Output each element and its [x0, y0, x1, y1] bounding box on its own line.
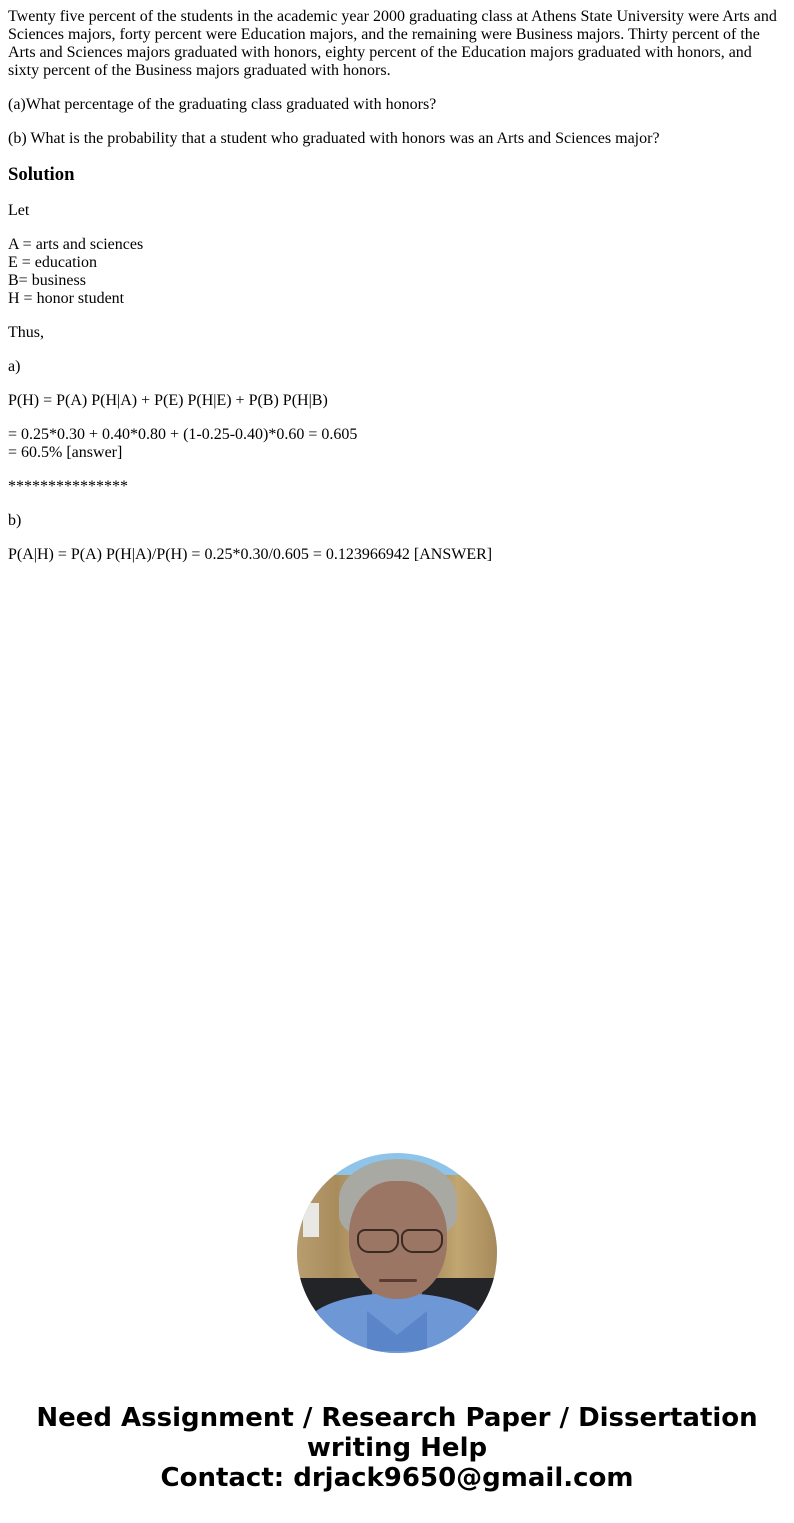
thus-text: Thus, — [8, 324, 786, 342]
let-text: Let — [8, 202, 786, 220]
document-content: Twenty five percent of the students in t… — [8, 8, 786, 580]
part-a-label: a) — [8, 358, 786, 376]
part-a-calc-line: = 0.25*0.30 + 0.40*0.80 + (1-0.25-0.40)*… — [8, 426, 786, 444]
definition-b: B= business — [8, 272, 786, 290]
wall-switch — [303, 1203, 319, 1237]
glasses-right-lens — [401, 1229, 443, 1253]
glasses-left-lens — [357, 1229, 399, 1253]
mouth — [379, 1279, 417, 1282]
part-a-formula: P(H) = P(A) P(H|A) + P(E) P(H|E) + P(B) … — [8, 392, 786, 410]
part-b-label: b) — [8, 512, 786, 530]
promo-line-1: Need Assignment / Research Paper / Disse… — [0, 1403, 794, 1433]
part-a-calculation: = 0.25*0.30 + 0.40*0.80 + (1-0.25-0.40)*… — [8, 426, 786, 462]
question-paragraph: Twenty five percent of the students in t… — [8, 8, 786, 80]
promo-line-2: writing Help — [0, 1433, 794, 1463]
part-b-formula: P(A|H) = P(A) P(H|A)/P(H) = 0.25*0.30/0.… — [8, 546, 786, 564]
separator: *************** — [8, 478, 786, 496]
definition-a: A = arts and sciences — [8, 236, 786, 254]
definition-e: E = education — [8, 254, 786, 272]
tutor-portrait-photo — [297, 1153, 497, 1353]
promo-banner: Need Assignment / Research Paper / Disse… — [0, 1403, 794, 1493]
question-part-a: (a)What percentage of the graduating cla… — [8, 96, 786, 114]
definition-h: H = honor student — [8, 290, 786, 308]
question-part-b: (b) What is the probability that a stude… — [8, 130, 786, 148]
solution-heading: Solution — [8, 164, 786, 186]
promo-contact-line: Contact: drjack9650@gmail.com — [0, 1463, 794, 1493]
variable-definitions: A = arts and sciences E = education B= b… — [8, 236, 786, 308]
part-a-answer-line: = 60.5% [answer] — [8, 444, 786, 462]
